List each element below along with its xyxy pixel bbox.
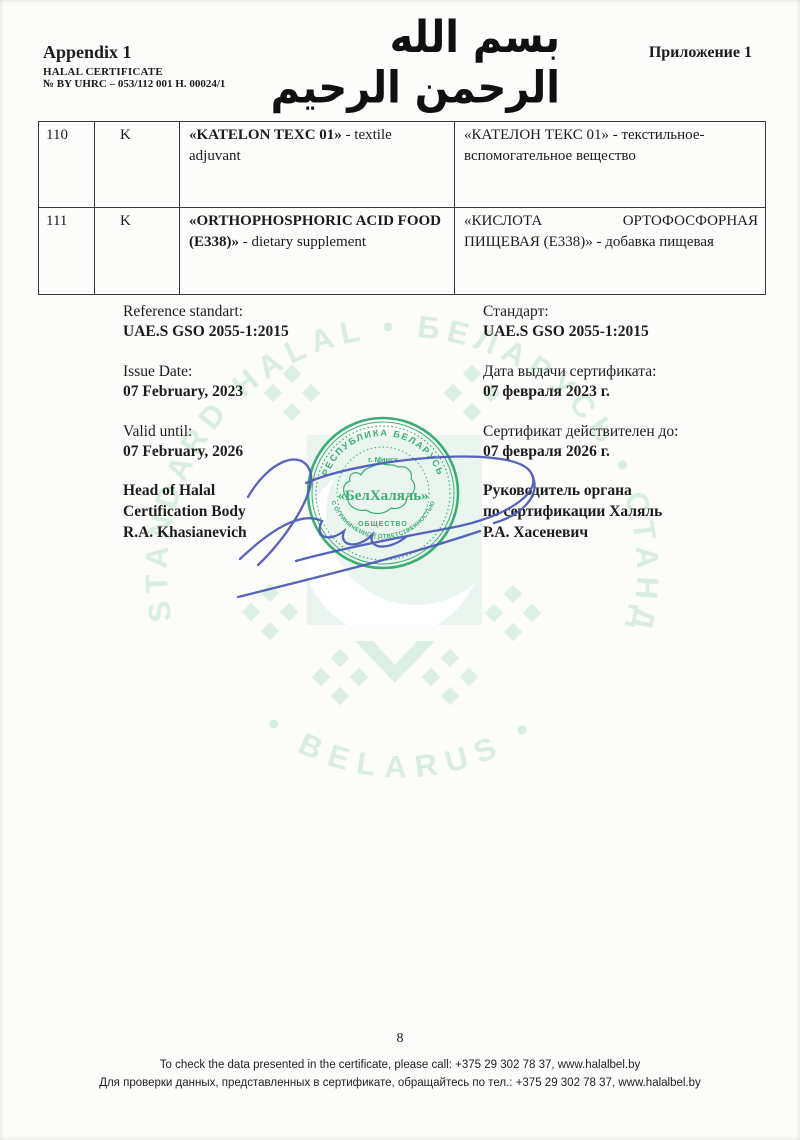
row-110-product-en: «KATELON TEXC 01»: [189, 127, 342, 143]
issue-date-label: Issue Date:: [123, 362, 453, 382]
standard-value-ru: UAE.S GSO 2055-1:2015: [483, 322, 800, 342]
row-111-number: 111: [39, 208, 95, 294]
row-111-name-en: «ORTHOPHOSPHORIC ACID FOOD (E338)» - die…: [180, 208, 455, 294]
footer-line-ru: Для проверки данных, представленных в се…: [0, 1074, 800, 1092]
row-111-desc-en: - dietary supplement: [239, 234, 366, 250]
certificate-title: HALAL CERTIFICATE: [43, 66, 225, 79]
reference-standard-value: UAE.S GSO 2055-1:2015: [123, 322, 453, 342]
row-110-name-ru: «КАТЕЛОН ТЕКС 01» - текстильное-вспомога…: [455, 122, 765, 208]
row-110-number: 110: [39, 122, 95, 208]
row-111-name-ru: «КИСЛОТА ОРТОФОСФОРНАЯ ПИЩЕВАЯ (Е338)» -…: [455, 208, 765, 294]
standard-group-ru: Стандарт: UAE.S GSO 2055-1:2015: [483, 302, 800, 342]
reference-standard-group: Reference standart: UAE.S GSO 2055-1:201…: [123, 302, 453, 342]
issue-date-label-ru: Дата выдачи сертификата:: [483, 362, 800, 382]
svg-text:• BELARUS •: • BELARUS •: [259, 706, 544, 784]
reference-standard-label: Reference standart:: [123, 302, 453, 322]
row-111-letter: K: [95, 208, 180, 294]
products-table: 110 K «KATELON TEXC 01» - textile adjuva…: [38, 121, 766, 295]
handwritten-signature: [210, 425, 550, 603]
issue-date-value: 07 February, 2023: [123, 382, 453, 402]
issue-date-group-ru: Дата выдачи сертификата: 07 февраля 2023…: [483, 362, 800, 402]
page-number: 8: [0, 1031, 800, 1047]
header-left: Appendix 1 HALAL CERTIFICATE № BY UHRC –…: [43, 42, 225, 91]
certificate-page: STANDARD HALAL • БЕЛАРУСЬ • СТАНДАРТ ХАЛ…: [0, 0, 800, 1140]
bismillah-calligraphy: بسم الله الرحمن الرحيم: [250, 14, 560, 113]
footer-line-en: To check the data presented in the certi…: [0, 1056, 800, 1074]
watermark-bottom-text: • BELARUS •: [259, 706, 544, 784]
appendix-title-en: Appendix 1: [43, 42, 225, 63]
certificate-number: № BY UHRC – 053/112 001 H. 00024/1: [43, 78, 225, 91]
issue-date-group: Issue Date: 07 February, 2023: [123, 362, 453, 402]
issue-date-value-ru: 07 февраля 2023 г.: [483, 382, 800, 402]
row-110-letter: K: [95, 122, 180, 208]
standard-label-ru: Стандарт:: [483, 302, 800, 322]
appendix-title-ru: Приложение 1: [649, 44, 752, 62]
footer-contact: To check the data presented in the certi…: [0, 1056, 800, 1092]
row-110-name-en: «KATELON TEXC 01» - textile adjuvant: [180, 122, 455, 208]
